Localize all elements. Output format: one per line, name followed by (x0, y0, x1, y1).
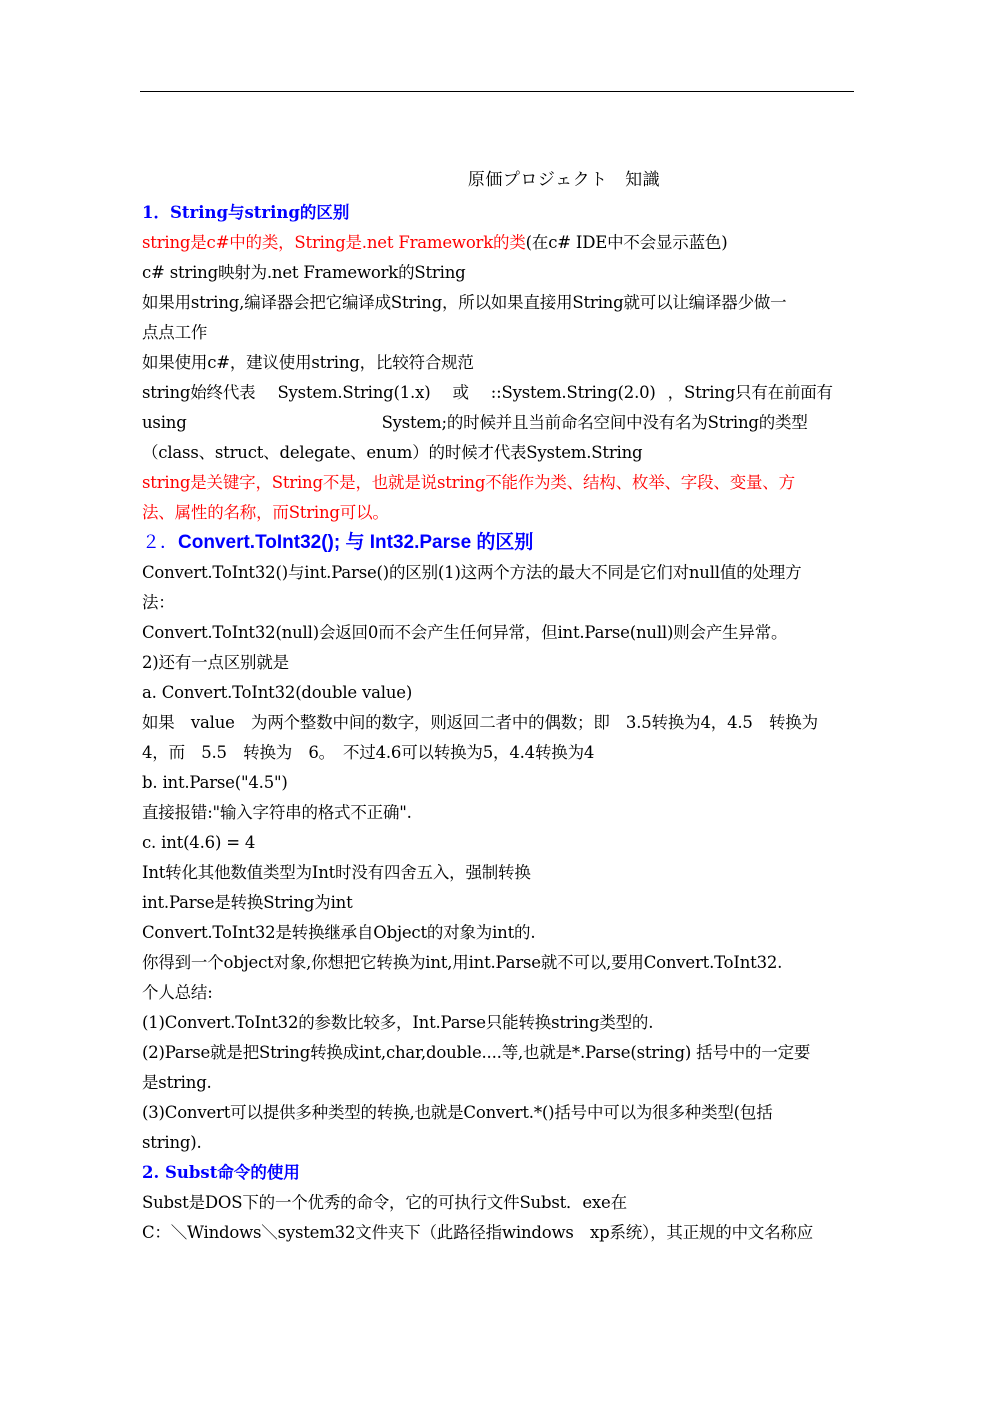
paragraph-line: usingSystem;的时候并且当前命名空间中没有名为String的类型 (142, 408, 854, 438)
paragraph-line: Int转化其他数值类型为Int时没有四舍五入，强制转换 (142, 858, 854, 888)
heading-text: Convert.ToInt32(); 与 Int32.Parse 的区别 (178, 532, 533, 553)
paragraph-text: System.String(1.x) (277, 383, 430, 402)
red-emphasis-text: string是c#中的类，String是.net Framework的类 (142, 233, 526, 252)
paragraph-line: string是c#中的类，String是.net Framework的类(在c#… (142, 228, 854, 258)
paragraph-line: Subst是DOS下的一个优秀的命令，它的可执行文件Subst．exe在 (142, 1188, 854, 1218)
paragraph-text: using (142, 413, 187, 432)
paragraph-line: （class、struct、delegate、enum）的时候才代表System… (142, 438, 854, 468)
red-emphasis-line: string是关键字，String不是，也就是说string不能作为类、结构、枚… (142, 468, 854, 498)
section-heading-string-vs-string: 1．String与string的区别 (142, 198, 854, 228)
paragraph-line: (1)Convert.ToInt32的参数比较多，Int.Parse只能转换st… (142, 1008, 854, 1038)
paragraph-line: 是string. (142, 1068, 854, 1098)
paragraph-line: Convert.ToInt32是转换继承自Object的对象为int的. (142, 918, 854, 948)
header-rule (140, 91, 854, 92)
paragraph-line: string始终代表System.String(1.x)或::System.St… (142, 378, 854, 408)
paragraph-line: int.Parse是转换String为int (142, 888, 854, 918)
paragraph-line: Convert.ToInt32()与int.Parse()的区别(1)这两个方法… (142, 558, 854, 588)
paragraph-line: 个人总结: (142, 978, 854, 1008)
paragraph-text: string始终代表 (142, 383, 255, 402)
paragraph-line: c. int(4.6) = 4 (142, 828, 854, 858)
paragraph-line: Convert.ToInt32(null)会返回0而不会产生任何异常，但int.… (142, 618, 854, 648)
paragraph-line: 直接报错:"输入字符串的格式不正确". (142, 798, 854, 828)
section-heading-convert-vs-parse: ２．Convert.ToInt32(); 与 Int32.Parse 的区别 (142, 528, 854, 558)
paragraph-line: 点点工作 (142, 318, 854, 348)
paragraph-line: (2)Parse就是把String转换成int,char,double....等… (142, 1038, 854, 1068)
page-title: 原価プロジェクト 知識 (140, 168, 988, 192)
paragraph-line: string). (142, 1128, 854, 1158)
paragraph-line: a. Convert.ToInt32(double value) (142, 678, 854, 708)
document-body: 1．String与string的区别 string是c#中的类，String是.… (142, 198, 854, 1248)
paragraph-line: (3)Convert可以提供多种类型的转换,也就是Convert.*()括号中可… (142, 1098, 854, 1128)
section-heading-subst-command: 2. Subst命令的使用 (142, 1158, 854, 1188)
paragraph-text: ::System.String(2.0) (491, 383, 656, 402)
paragraph-line: 4，而 5.5 转换为 6。 不过4.6可以转换为5，4.4转换为4 (142, 738, 854, 768)
paragraph-line: C：＼Windows＼system32文件夹下（此路径指windows xp系统… (142, 1218, 854, 1248)
paragraph-line: c# string映射为.net Framework的String (142, 258, 854, 288)
heading-number: ２． (142, 532, 178, 553)
paragraph-line: 你得到一个object对象,你想把它转换为int,用int.Parse就不可以,… (142, 948, 854, 978)
red-emphasis-line: 法、属性的名称，而String可以。 (142, 498, 854, 528)
paragraph-line: 如果用string,编译器会把它编译成String，所以如果直接用String就… (142, 288, 854, 318)
paragraph-line: b. int.Parse("4.5") (142, 768, 854, 798)
paragraph-text: (在c# IDE中不会显示蓝色) (526, 233, 728, 252)
paragraph-line: 2)还有一点区别就是 (142, 648, 854, 678)
paragraph-text: ，String只有在前面有 (668, 383, 833, 402)
paragraph-line: 法： (142, 588, 854, 618)
paragraph-text: 或 (452, 383, 468, 402)
paragraph-line: 如果 value 为两个整数中间的数字，则返回二者中的偶数；即 3.5转换为4，… (142, 708, 854, 738)
paragraph-text: System;的时候并且当前命名空间中没有名为String的类型 (382, 413, 808, 432)
paragraph-line: 如果使用c#，建议使用string，比较符合规范 (142, 348, 854, 378)
